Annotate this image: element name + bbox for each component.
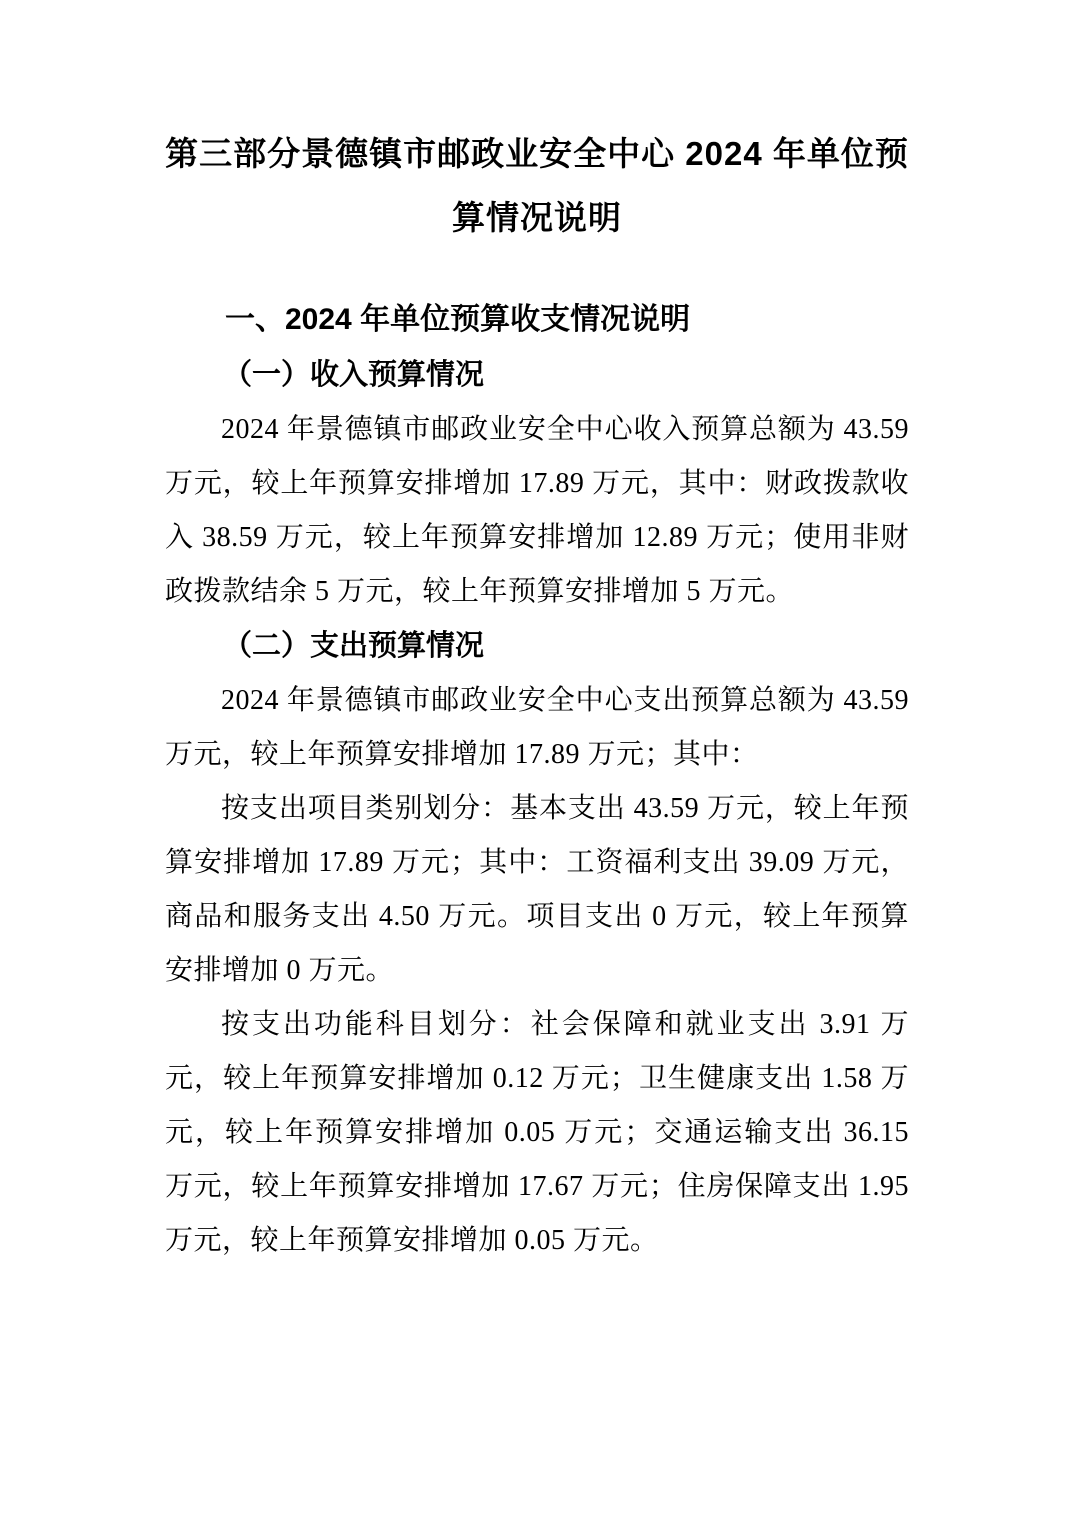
- document-title: 第三部分景德镇市邮政业安全中心 2024 年单位预算情况说明: [165, 122, 909, 250]
- document-page: 第三部分景德镇市邮政业安全中心 2024 年单位预算情况说明 一、2024 年单…: [0, 0, 1074, 1520]
- paragraph-expense-by-category: 按支出项目类别划分：基本支出 43.59 万元，较上年预算安排增加 17.89 …: [165, 782, 909, 998]
- section-heading-budget-overview: 一、2024 年单位预算收支情况说明: [165, 292, 909, 348]
- paragraph-income-detail: 2024 年景德镇市邮政业安全中心收入预算总额为 43.59 万元，较上年预算安…: [165, 403, 909, 619]
- paragraph-expense-total: 2024 年景德镇市邮政业安全中心支出预算总额为 43.59 万元，较上年预算安…: [165, 674, 909, 782]
- subsection-heading-expense: （二）支出预算情况: [165, 619, 909, 674]
- paragraph-expense-by-function: 按支出功能科目划分：社会保障和就业支出 3.91 万元，较上年预算安排增加 0.…: [165, 998, 909, 1268]
- subsection-heading-income: （一）收入预算情况: [165, 348, 909, 403]
